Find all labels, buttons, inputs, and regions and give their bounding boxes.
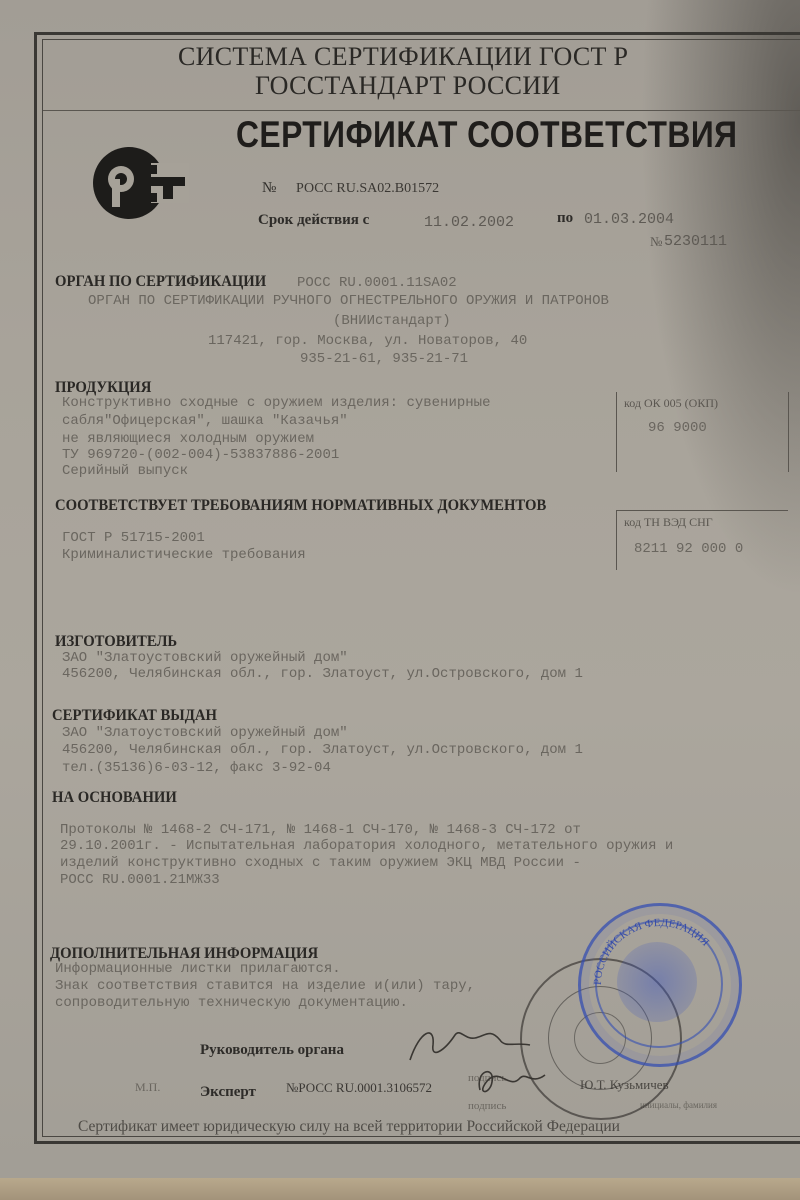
certification-body-code: РОСС RU.0001.11SA02 <box>297 275 457 291</box>
additional-info-line: Информационные листки прилагаются. <box>55 961 341 977</box>
valid-to-label: по <box>557 210 573 227</box>
standard-description: Криминалистические требования <box>62 547 306 563</box>
seal-place-label: М.П. <box>135 1080 160 1095</box>
issued-to-label: СЕРТИФИКАТ ВЫДАН <box>52 707 217 725</box>
product-line: Конструктивно сходные с оружием изделия:… <box>62 395 490 411</box>
tnved-box-border <box>616 510 617 570</box>
table-surface <box>0 1178 800 1200</box>
basis-label: НА ОСНОВАНИИ <box>52 789 177 807</box>
okp-box-border-right <box>788 392 789 472</box>
validity-label: Срок действия с <box>258 212 369 229</box>
blue-seal-stamp: РОССИЙСКАЯ ФЕДЕРАЦИЯ <box>578 903 742 1067</box>
basis-line: 29.10.2001г. - Испытательная лаборатория… <box>60 838 673 854</box>
standard-reference: ГОСТ Р 51715-2001 <box>62 530 205 546</box>
product-line: не являющиеся холодным оружием <box>62 431 314 447</box>
head-of-body-label: Руководитель органа <box>200 1042 344 1059</box>
form-serial-number: 5230111 <box>664 233 727 250</box>
okp-code-label: код ОК 005 (ОКП) <box>624 396 718 411</box>
system-name: СИСТЕМА СЕРТИФИКАЦИИ ГОСТ Р <box>178 42 628 72</box>
certificate-number-label: № <box>262 180 276 197</box>
product-line: ТУ 969720-(002-004)-53837886-2001 <box>62 447 339 463</box>
manufacturer-address: 456200, Челябинская обл., гор. Златоуст,… <box>62 666 583 682</box>
conformity-label: СООТВЕТСТВУЕТ ТРЕБОВАНИЯМ НОРМАТИВНЫХ ДО… <box>55 497 546 515</box>
rst-logo-icon <box>91 143 189 223</box>
tnved-code-label: код ТН ВЭД СНГ <box>624 515 713 530</box>
product-line: Серийный выпуск <box>62 463 188 479</box>
certification-body-label: ОРГАН ПО СЕРТИФИКАЦИИ <box>55 273 266 291</box>
tnved-code-value: 8211 92 000 0 <box>634 541 743 557</box>
certificate-number: РОСС RU.SA02.B01572 <box>296 181 439 197</box>
issued-to-contacts: тел.(35136)6-03-12, факс 3-92-04 <box>62 760 331 776</box>
valid-to-date: 01.03.2004 <box>584 211 674 228</box>
legal-validity-note: Сертификат имеет юридическую силу на все… <box>78 1118 620 1136</box>
issued-to-name: ЗАО "Златоустовский оружейный дом" <box>62 725 348 741</box>
basis-line: изделий конструктивно сходных с таким ор… <box>60 855 581 871</box>
basis-line: Протоколы № 1468-2 СЧ-171, № 1468-1 СЧ-1… <box>60 822 581 838</box>
certification-body-short-name: (ВНИИстандарт) <box>333 313 451 329</box>
tnved-box-top <box>616 510 788 511</box>
additional-info-line: сопроводительную техническую документаци… <box>55 995 408 1011</box>
certification-body-phones: 935-21-61, 935-21-71 <box>300 351 468 367</box>
stamp-outer-text: РОССИЙСКАЯ ФЕДЕРАЦИЯ <box>592 917 712 985</box>
certification-body-name: ОРГАН ПО СЕРТИФИКАЦИИ РУЧНОГО ОГНЕСТРЕЛЬ… <box>88 293 609 309</box>
basis-line: РОСС RU.0001.21МЖ33 <box>60 872 220 888</box>
expert-certificate-number: №РОСС RU.0001.3106572 <box>286 1080 432 1096</box>
additional-info-line: Знак соответствия ставится на изделие и(… <box>55 978 475 994</box>
form-serial-label: № <box>650 234 662 250</box>
valid-from-date: 11.02.2002 <box>424 214 514 231</box>
agency-name: ГОССТАНДАРТ РОССИИ <box>255 71 560 101</box>
expert-label: Эксперт <box>200 1084 256 1101</box>
product-line: сабля"Офицерская", шашка "Казачья" <box>62 413 348 429</box>
header-divider <box>43 110 800 111</box>
svg-text:РОССИЙСКАЯ ФЕДЕРАЦИЯ: РОССИЙСКАЯ ФЕДЕРАЦИЯ <box>592 917 712 985</box>
manufacturer-name: ЗАО "Златоустовский оружейный дом" <box>62 650 348 666</box>
expert-signature-caption: подпись <box>468 1100 506 1112</box>
manufacturer-label: ИЗГОТОВИТЕЛЬ <box>55 633 177 651</box>
okp-code-value: 96 9000 <box>648 420 707 436</box>
okp-box-border <box>616 392 617 472</box>
issued-to-address: 456200, Челябинская обл., гор. Златоуст,… <box>62 742 583 758</box>
certification-body-address: 117421, гор. Москва, ул. Новаторов, 40 <box>208 333 527 349</box>
document-title: СЕРТИФИКАТ СООТВЕТСТВИЯ <box>236 114 737 156</box>
